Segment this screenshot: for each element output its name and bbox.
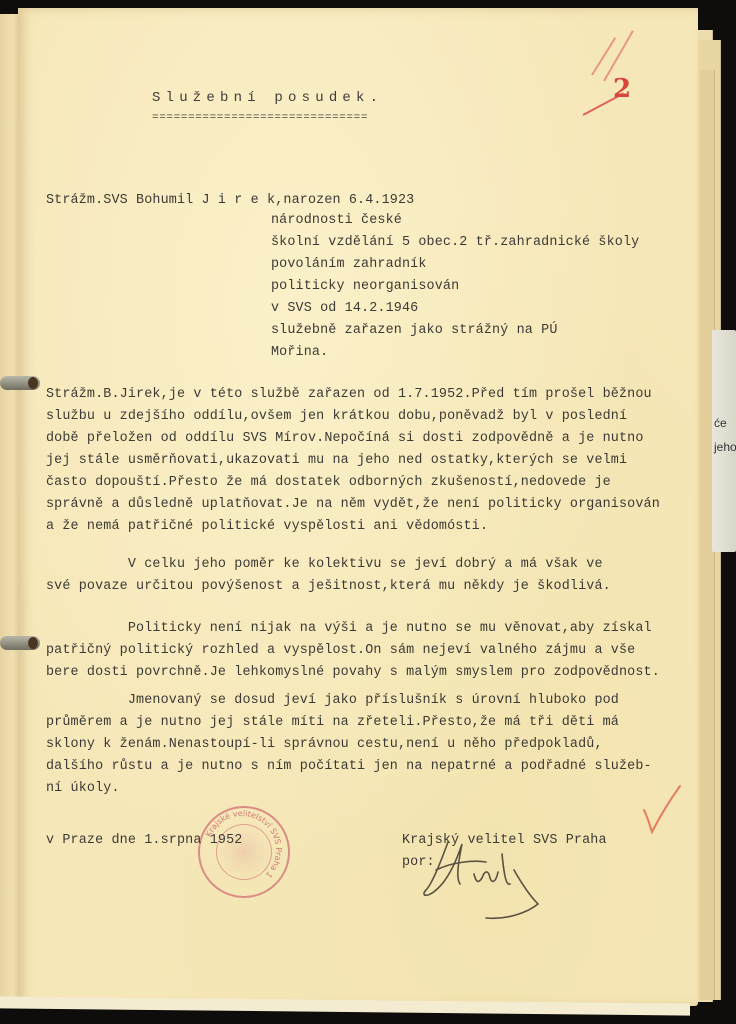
paragraph-4: Jmenovaný se dosud jeví jako příslušník …: [46, 690, 652, 800]
underlying-sheet: će jeho: [712, 330, 736, 552]
detail-political: politicky neorganisován: [271, 276, 639, 298]
text-line: bere dosti povrchně.Je lehkomyslné povah…: [46, 662, 660, 684]
binder-ring-icon: [0, 636, 40, 650]
text-line: jej stále usměrňovati,ukazovati mu na je…: [46, 450, 660, 472]
detail-assignment: služebně zařazen jako strážný na PÚ: [271, 320, 639, 342]
detail-service-since: v SVS od 14.2.1946: [271, 298, 639, 320]
text-line: a že nemá patřičné politické vyspělosti …: [46, 516, 660, 538]
paragraph-1: Strážm.B.Jirek,je v této službě zařazen …: [46, 384, 660, 538]
subject-details: národnosti české školní vzdělání 5 obec.…: [271, 210, 639, 364]
detail-location: Mořina.: [271, 342, 639, 364]
paragraph-2: V celku jeho poměr ke kolektivu se jeví …: [46, 554, 611, 598]
text-line: Strážm.B.Jirek,je v této službě zařazen …: [46, 384, 660, 406]
detail-education: školní vzdělání 5 obec.2 tř.zahradnické …: [271, 232, 639, 254]
title-underline: ==============================: [152, 112, 368, 124]
text-line: ní úkoly.: [46, 778, 652, 800]
subject-line: Strážm.SVS Bohumil J i r e k,narozen 6.4…: [46, 190, 414, 212]
text-line: době přeložen od oddílu SVS Mírov.Nepočí…: [46, 428, 660, 450]
underlying-sheet-fragment: će: [714, 416, 727, 430]
detail-occupation: povoláním zahradník: [271, 254, 639, 276]
text-line: průměrem a je nutno jej stále míti na zř…: [46, 712, 652, 734]
text-line: Politicky není nijak na výši a je nutno …: [46, 618, 660, 640]
binder-ring-icon: [0, 376, 40, 390]
text-line: sklony k ženám.Nenastoupí-li správnou ce…: [46, 734, 652, 756]
text-line: V celku jeho poměr ke kolektivu se jeví …: [46, 554, 611, 576]
text-line: své povaze určitou povýšenost a ješitnos…: [46, 576, 611, 598]
text-line: správně a důsledně uplatňovat.Je na něm …: [46, 494, 660, 516]
signature-icon: [418, 834, 558, 924]
text-line: často dopouští.Přesto že má dostatek odb…: [46, 472, 660, 494]
text-line: patřičný politický rozhled a vyspělost.O…: [46, 640, 660, 662]
underlying-sheet-fragment: jeho: [714, 440, 736, 454]
detail-nationality: národnosti české: [271, 210, 639, 232]
red-checkmark-icon: [640, 782, 684, 836]
text-line: dalšího růstu a je nutno s ním počítati …: [46, 756, 652, 778]
text-line: Jmenovaný se dosud jeví jako příslušník …: [46, 690, 652, 712]
folio-number: 2: [613, 74, 631, 104]
document-title: Služební posudek.: [152, 90, 383, 106]
place-date: v Praze dne 1.srpna 1952: [46, 830, 242, 852]
official-stamp: Krajské velitelství SVS Praha 1: [198, 806, 290, 898]
paragraph-3: Politicky není nijak na výši a je nutno …: [46, 618, 660, 684]
text-line: službu u zdejšího oddílu,ovšem jen krátk…: [46, 406, 660, 428]
